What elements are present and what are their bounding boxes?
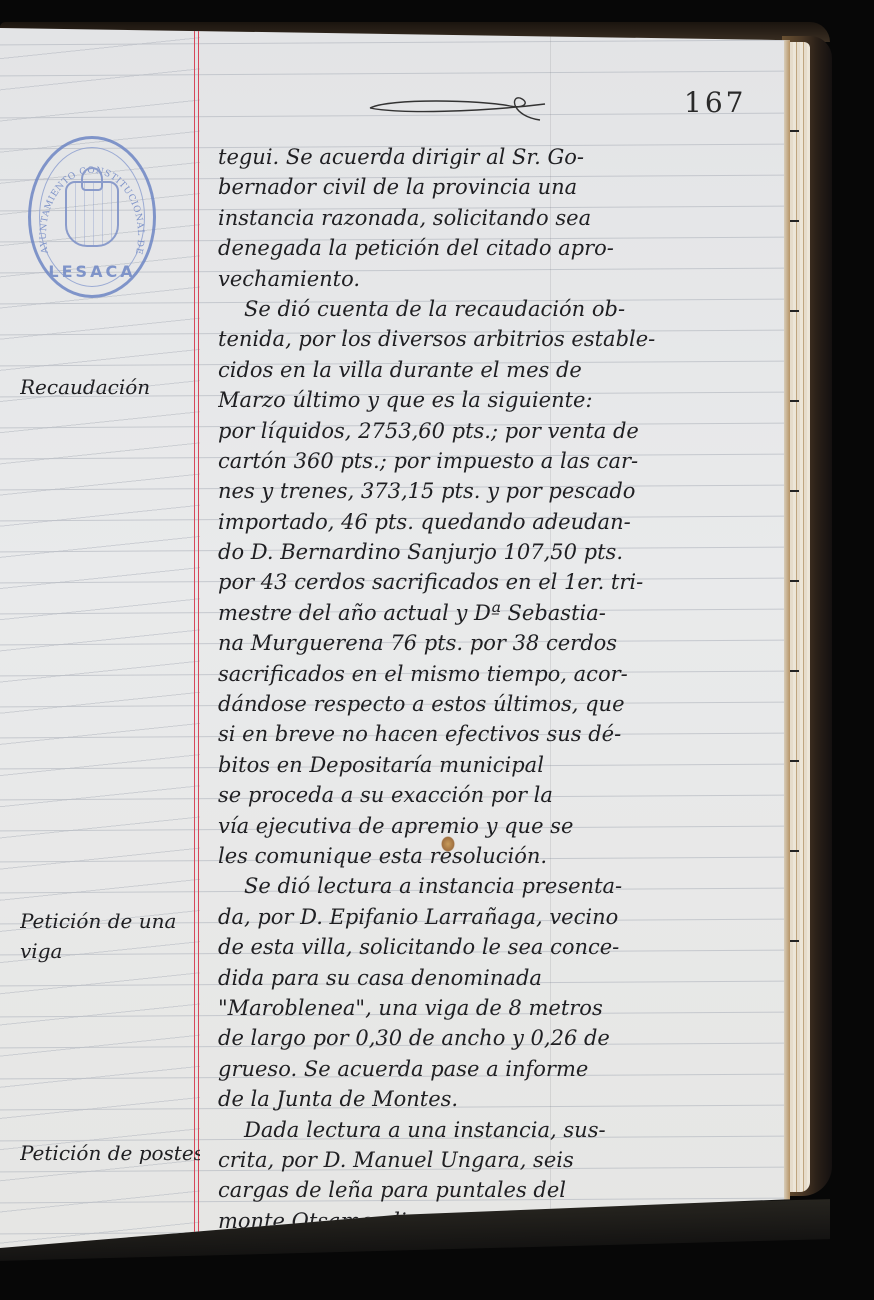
body-line: bernador civil de la provincia una: [218, 172, 778, 202]
minutes-body-text: tegui. Se acuerda dirigir al Sr. Go-bern…: [218, 142, 778, 1236]
body-line: do D. Bernardino Sanjurjo 107,50 pts.: [218, 537, 778, 567]
edge-tick-marks: [790, 130, 806, 1030]
body-line: cidos en la villa durante el mes de: [218, 355, 778, 385]
body-line: de esta villa, solicitando le sea conce-: [218, 932, 778, 962]
municipal-stamp: AYUNTAMIENTO CONSTITUCIONAL DE LESACA: [28, 136, 156, 298]
body-line: de la Junta de Montes.: [218, 1084, 778, 1114]
margin-rule-red: [194, 28, 195, 1248]
body-line: Se dió lectura a instancia presenta-: [218, 871, 778, 901]
body-line: da, por D. Epifanio Larrañaga, vecino: [218, 902, 778, 932]
margin-note-recaudacion: Recaudación: [20, 372, 200, 402]
body-line: sacrificados en el mismo tiempo, acor-: [218, 659, 778, 689]
body-line: nes y trenes, 373,15 pts. y por pescado: [218, 476, 778, 506]
body-line: dándose respecto a estos últimos, que: [218, 689, 778, 719]
body-line: cartón 360 pts.; por impuesto a las car-: [218, 446, 778, 476]
body-line: crita, por D. Manuel Ungara, seis: [218, 1145, 778, 1175]
body-line: grueso. Se acuerda pase a informe: [218, 1054, 778, 1084]
body-line: tegui. Se acuerda dirigir al Sr. Go-: [218, 142, 778, 172]
margin-rule-red-2: [198, 28, 199, 1248]
body-line: "Maroblenea", una viga de 8 metros: [218, 993, 778, 1023]
margin-note-peticion-postes: Petición de postes: [20, 1138, 200, 1168]
body-line: de largo por 0,30 de ancho y 0,26 de: [218, 1023, 778, 1053]
page-number: 167: [684, 86, 746, 119]
body-line: vechamiento.: [218, 264, 778, 294]
body-line: se proceda a su exacción por la: [218, 780, 778, 810]
body-line: si en breve no hacen efectivos sus dé-: [218, 719, 778, 749]
body-line: mestre del año actual y Dª Sebastia-: [218, 598, 778, 628]
body-line: Marzo último y que es la siguiente:: [218, 385, 778, 415]
stamp-town-name: LESACA: [31, 262, 153, 281]
ledger-page: 167 AYUNTAMIENTO CONSTITUCIONAL DE LESAC…: [0, 28, 790, 1248]
heading-flourish-icon: [360, 94, 550, 124]
body-line: Dada lectura a una instancia, sus-: [218, 1115, 778, 1145]
body-line: tenida, por los diversos arbitrios estab…: [218, 324, 778, 354]
body-line: denegada la petición del citado apro-: [218, 233, 778, 263]
body-line: les comunique esta resolución.: [218, 841, 778, 871]
coat-of-arms-icon: [65, 181, 119, 247]
body-line: importado, 46 pts. quedando adeudan-: [218, 507, 778, 537]
margin-note-peticion-viga: Petición de una viga: [20, 906, 200, 967]
page-edge: [784, 28, 790, 1248]
body-line: vía ejecutiva de apremio y que se: [218, 811, 778, 841]
body-line: na Murguerena 76 pts. por 38 cerdos: [218, 628, 778, 658]
body-line: Se dió cuenta de la recaudación ob-: [218, 294, 778, 324]
body-line: dida para su casa denominada: [218, 963, 778, 993]
body-line: cargas de leña para puntales del: [218, 1175, 778, 1205]
body-line: por líquidos, 2753,60 pts.; por venta de: [218, 416, 778, 446]
body-line: instancia razonada, solicitando sea: [218, 203, 778, 233]
body-line: por 43 cerdos sacrificados en el 1er. tr…: [218, 567, 778, 597]
ink-stain: [441, 836, 455, 852]
body-line: bitos en Depositaría municipal: [218, 750, 778, 780]
